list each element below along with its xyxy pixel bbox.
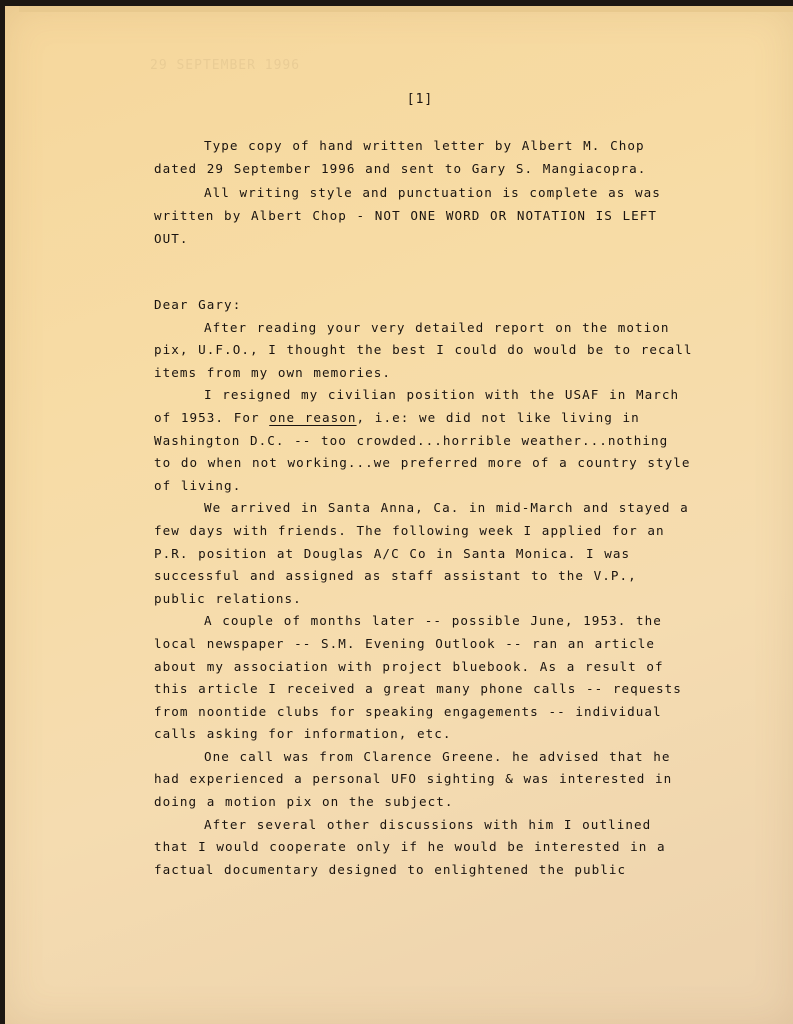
bleed-through-text: 29 SEPTEMBER 1996: [150, 58, 300, 73]
intro-note: Type copy of hand written letter by Albe…: [154, 134, 694, 250]
page-number: [1]: [400, 92, 440, 107]
intro-paragraph: All writing style and punctuation is com…: [154, 181, 694, 251]
letter-paragraph: After reading your very detailed report …: [154, 317, 694, 385]
page-edge: [19, 6, 793, 12]
document-page: 29 SEPTEMBER 1996 [1] Type copy of hand …: [5, 6, 793, 1024]
salutation: Dear Gary:: [154, 294, 694, 317]
intro-paragraph: Type copy of hand written letter by Albe…: [154, 134, 694, 181]
underlined-phrase: one reason: [269, 410, 356, 425]
letter-paragraph: I resigned my civilian position with the…: [154, 384, 694, 497]
letter-body: Dear Gary: After reading your very detai…: [154, 294, 694, 881]
letter-paragraph: We arrived in Santa Anna, Ca. in mid-Mar…: [154, 497, 694, 610]
letter-paragraph: One call was from Clarence Greene. he ad…: [154, 746, 694, 814]
letter-paragraph: A couple of months later -- possible Jun…: [154, 610, 694, 746]
letter-paragraph: After several other discussions with him…: [154, 814, 694, 882]
